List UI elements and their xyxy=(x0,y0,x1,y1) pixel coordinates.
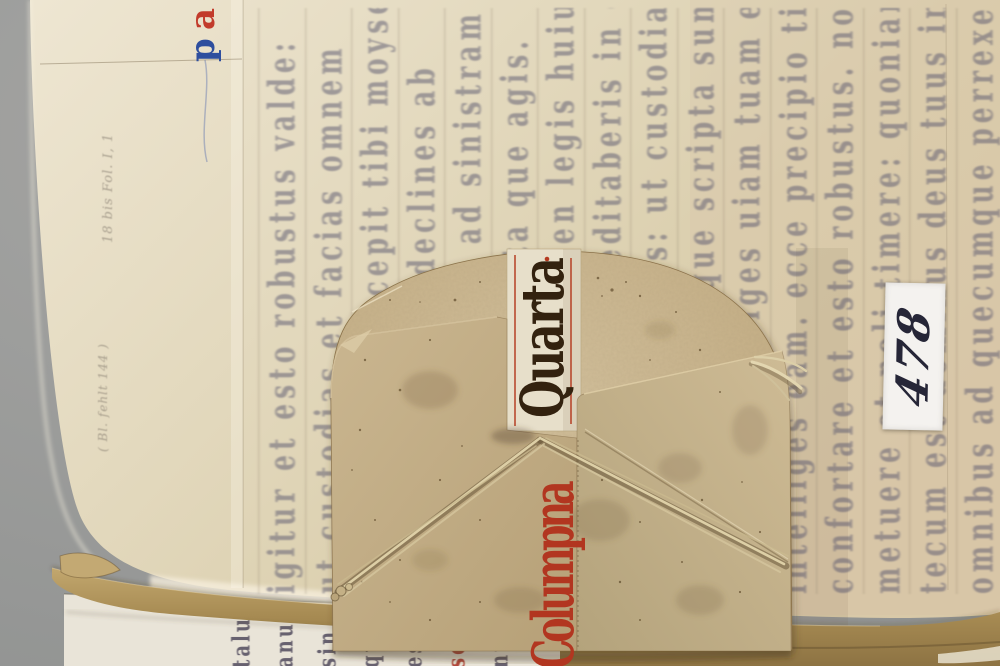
shelfmark-label: 478 xyxy=(882,282,945,430)
band-label: Columpna xyxy=(521,481,587,666)
photograph-manuscript-scene: p a igitur et esto robustus valde:ut cus… xyxy=(0,0,1000,666)
tab-label: Quarta xyxy=(508,258,577,418)
parchment-bookmark: Quarta xyxy=(0,0,1000,666)
quarta-tab: Quarta xyxy=(507,249,581,431)
shelfmark-number: 478 xyxy=(888,301,941,413)
